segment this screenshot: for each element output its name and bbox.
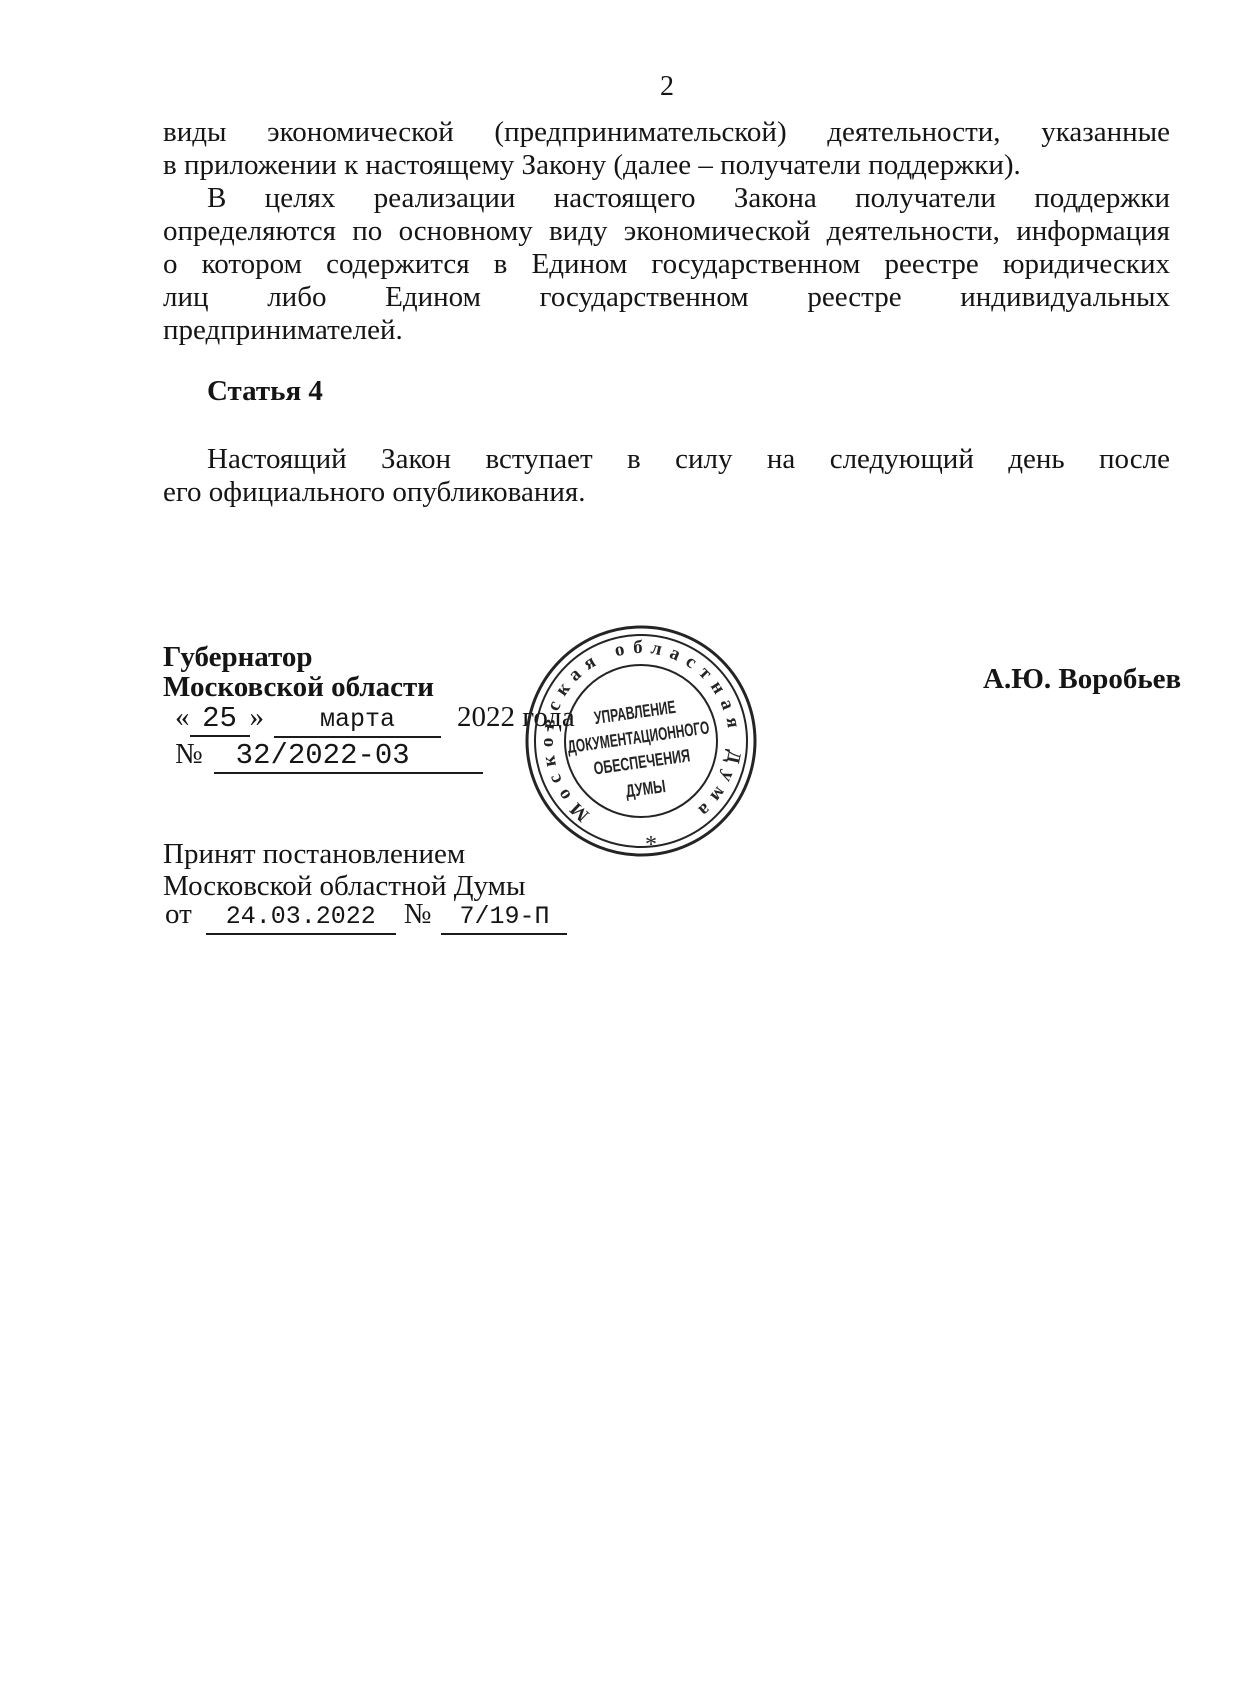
stamp-bottom-asterisk: * [645, 832, 657, 858]
body-line: виды экономической (предпринимательской)… [163, 116, 1170, 149]
article-line: его официального опубликования. [163, 476, 1170, 509]
adoption-date-row: от24.03.2022№7/19-П [165, 898, 567, 935]
body-line: о котором содержится в Едином государств… [163, 248, 1170, 281]
adoption-date-field: 24.03.2022 [206, 900, 396, 935]
stamp-center-line: ДУМЫ [624, 776, 666, 801]
stamp-center-text: УПРАВЛЕНИЕ ДОКУМЕНТАЦИОННОГО ОБЕСПЕЧЕНИЯ… [563, 693, 718, 809]
signature-day-field: 25 [190, 702, 250, 737]
body-line: лиц либо Едином государственном реестре … [163, 281, 1170, 314]
signature-month-field: марта [274, 703, 441, 738]
signature-number-field: 32/2022-03 [214, 739, 483, 774]
article-heading: Статья 4 [207, 375, 323, 408]
document-page: 2 виды экономической (предпринимательско… [0, 0, 1244, 1702]
body-paragraphs: виды экономической (предпринимательской)… [163, 116, 1170, 347]
from-label: от [165, 898, 192, 930]
quote-open-mark: « [175, 701, 190, 733]
signature-date-row: «25»марта2022 года [175, 701, 575, 738]
article-body: Настоящий Закон вступает в силу на следу… [163, 443, 1170, 509]
signee-title-line2: Московской области [163, 671, 434, 704]
adoption-number-sign: № [404, 898, 432, 930]
page-number: 2 [660, 72, 674, 102]
body-line: В целях реализации настоящего Закона пол… [163, 182, 1170, 215]
signee-title-line1: Губернатор [163, 641, 313, 674]
signee-name: А.Ю. Воробьев [983, 663, 1181, 696]
adoption-line1: Принят постановлением [163, 838, 465, 871]
article-line: Настоящий Закон вступает в силу на следу… [163, 443, 1170, 476]
quote-close-mark: » [250, 701, 265, 733]
adoption-number-field: 7/19-П [441, 900, 567, 935]
body-line: определяются по основному виду экономиче… [163, 215, 1170, 248]
official-round-stamp: Московская областная Дума * УПРАВЛЕНИЕ Д… [521, 621, 761, 861]
body-line: в приложении к настоящему Закону (далее … [163, 149, 1170, 182]
number-sign: № [175, 738, 203, 770]
body-line: предпринимателей. [163, 314, 1170, 347]
signature-number-row: №32/2022-03 [175, 738, 483, 774]
